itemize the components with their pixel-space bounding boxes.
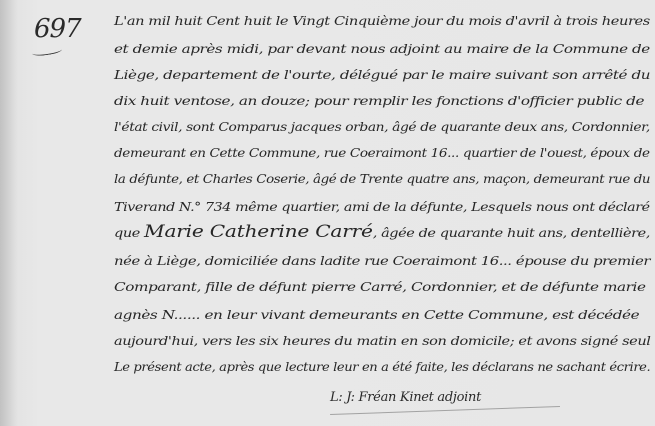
name-suffix: , âgée de quarante huit ans, dentellière…	[373, 226, 650, 240]
text-line: Tiverand N.° 734 même quartier, ami de l…	[114, 200, 650, 214]
entry-number: 697	[34, 14, 81, 44]
text-line-deceased-name: que Marie Catherine Carré, âgée de quara…	[114, 222, 650, 242]
deceased-name: Marie Catherine Carré	[144, 222, 373, 242]
text-line: née à Liège, domiciliée dans ladite rue …	[114, 254, 650, 268]
paper-margin-stain	[0, 0, 18, 426]
text-line: l'état civil, sont Comparus jacques orba…	[114, 120, 650, 134]
text-line: aujourd'hui, vers les six heures du mati…	[114, 334, 650, 348]
name-prefix: que	[114, 226, 144, 240]
text-line: et demie après midi, par devant nous adj…	[114, 42, 650, 56]
text-line: Liège, departement de l'ourte, délégué p…	[114, 68, 650, 82]
signature: L: J: Fréan Kinet adjoint	[330, 390, 481, 405]
text-line: la défunte, et Charles Coserie, âgé de T…	[114, 172, 650, 186]
signature-flourish	[330, 404, 560, 415]
text-line: agnès N...... en leur vivant demeurants …	[114, 308, 639, 322]
text-line: demeurant en Cette Commune, rue Coeraimo…	[114, 146, 650, 160]
text-line: dix huit ventose, an douze; pour remplir…	[114, 94, 644, 108]
text-line: Comparant, fille de défunt pierre Carré,…	[114, 280, 646, 294]
signature-text: L: J: Fréan Kinet adjoint	[330, 390, 481, 405]
document-page: 697 L'an mil huit Cent huit le Vingt Cin…	[0, 0, 655, 426]
text-line: L'an mil huit Cent huit le Vingt Cinquiè…	[114, 14, 650, 28]
text-line: Le présent acte, après que lecture leur …	[114, 360, 650, 374]
